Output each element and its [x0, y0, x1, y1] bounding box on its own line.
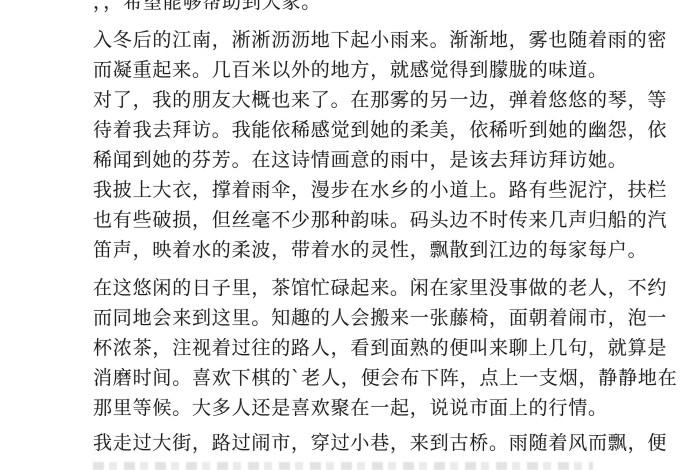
clipped-bottom-text-line	[93, 462, 593, 470]
text-line: 我披上大衣，撑着雨伞，漫步在水乡的小道上。路有些泥泞，扶栏	[93, 175, 618, 205]
text-line: 消磨时间。喜欢下棋的`老人，便会布下阵，点上一支烟，静静地在	[93, 363, 618, 393]
text-column: ，，希望能够帮助到大家。 入冬后的江南，淅淅沥沥地下起小雨来。渐渐地，雾也随着雨…	[93, 0, 618, 458]
text-line: 待着我去拜访。我能依稀感觉到她的柔美，依稀听到她的幽怨，依	[93, 115, 618, 145]
text-line: 而凝重起来。几百米以外的地方，就感觉得到朦胧的味道。	[93, 55, 618, 85]
text-line: 入冬后的江南，淅淅沥沥地下起小雨来。渐渐地，雾也随着雨的密	[93, 25, 618, 55]
text-line: 笛声，映着水的柔波，带着水的灵性，飘散到江边的每家每户。	[93, 235, 618, 265]
text-line: 而同地会来到这里。知趣的人会搬来一张藤椅，面朝着闹市，泡一	[93, 303, 618, 333]
text-line: 稀闻到她的芬芳。在这诗情画意的雨中，是该去拜访拜访她。	[93, 145, 618, 175]
text-line: 杯浓茶，注视着过往的路人，看到面熟的便叫来聊上几句，就算是	[93, 333, 618, 363]
text-line: 那里等候。大多人还是喜欢聚在一起，说说市面上的行情。	[93, 393, 618, 423]
text-line: 对了，我的朋友大概也来了。在那雾的另一边，弹着悠悠的琴，等	[93, 85, 618, 115]
intro-clipped-text-line: ，，希望能够帮助到大家。	[93, 0, 618, 17]
text-line: 也有些破损，但丝毫不少那种韵味。码头边不时传来几声归船的汽	[93, 205, 618, 235]
text-line: 我走过大街，路过闹市，穿过小巷，来到古桥。雨随着风而飘，便	[93, 428, 618, 458]
text-line: 在这悠闲的日子里，茶馆忙碌起来。闲在家里没事做的老人，不约	[93, 273, 618, 303]
document-page: ，，希望能够帮助到大家。 入冬后的江南，淅淅沥沥地下起小雨来。渐渐地，雾也随着雨…	[0, 0, 700, 470]
